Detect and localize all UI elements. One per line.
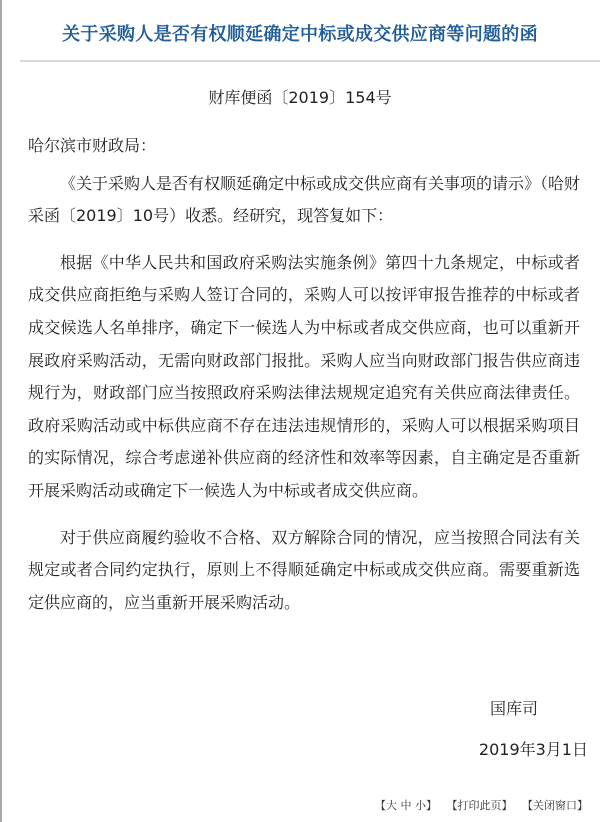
- document-date: 2019年3月1日: [479, 738, 588, 762]
- close-window-link[interactable]: 【关闭窗口】: [522, 799, 588, 812]
- footer-toolbar: 【大 中 小】 【打印此页】 【关闭窗口】: [369, 798, 588, 814]
- paragraph-regulation: 根据《中华人民共和国政府采购法实施条例》第四十九条规定，中标或者成交供应商拒绝与…: [28, 247, 580, 508]
- page-left-border: [0, 0, 2, 822]
- paragraph-contract-termination: 对于供应商履约验收不合格、双方解除合同的情况，应当按照合同法有关规定或者合同约定…: [28, 522, 580, 620]
- signature: 国库司: [490, 697, 538, 721]
- salutation: 哈尔滨市财政局：: [28, 130, 580, 163]
- document-title: 关于采购人是否有权顺延确定中标或成交供应商等问题的函: [0, 18, 600, 52]
- document-number: 财库便函〔2019〕154号: [0, 86, 600, 110]
- font-size-toggle-link[interactable]: 【大 中 小】: [375, 799, 437, 812]
- print-page-link[interactable]: 【打印此页】: [447, 799, 513, 812]
- paragraph-acknowledgement: 《关于采购人是否有权顺延确定中标或成交供应商有关事项的请示》（哈财采函〔2019…: [28, 168, 580, 233]
- document-body: 哈尔滨市财政局： 《关于采购人是否有权顺延确定中标或成交供应商有关事项的请示》（…: [28, 130, 580, 633]
- title-separator: [20, 60, 600, 62]
